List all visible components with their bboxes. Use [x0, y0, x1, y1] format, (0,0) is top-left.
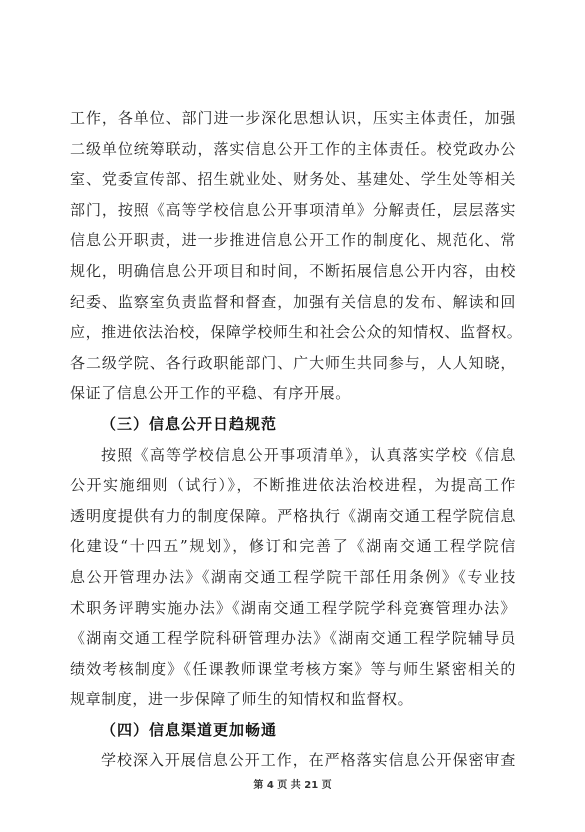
- section-heading-4: （四）信息渠道更加畅通: [70, 715, 516, 746]
- text-line: 应，推进依法治校，保障学校师生和社会公众的知情权、监督权。: [70, 317, 516, 348]
- text-line: 息公开管理办法》《湖南交通工程学院干部任用条例》《专业技: [70, 562, 516, 593]
- paragraph-3: 学校深入开展信息公开工作，在严格落实信息公开保密审查: [70, 745, 516, 776]
- text-line: 术职务评聘实施办法》《湖南交通工程学院学科竞赛管理办法》: [70, 593, 516, 624]
- page-number-footer: 第 4 页 共 21 页: [0, 776, 585, 791]
- text-line: 规化，明确信息公开项目和时间，不断拓展信息公开内容，由校: [70, 256, 516, 287]
- text-line: 《湖南交通工程学院科研管理办法》《湖南交通工程学院辅导员: [70, 623, 516, 654]
- text-line: 绩效考核制度》《任课教师课堂考核方案》等与师生紧密相关的: [70, 654, 516, 685]
- paragraph-1: 工作，各单位、部门进一步深化思想认识，压实主体责任，加强 二级单位统筹联动，落实…: [70, 103, 516, 409]
- text-line: 学校深入开展信息公开工作，在严格落实信息公开保密审查: [70, 745, 516, 776]
- paragraph-2: 按照《高等学校信息公开事项清单》，认真落实学校《信息 公开实施细则（试行）》，不…: [70, 440, 516, 715]
- page-body: 工作，各单位、部门进一步深化思想认识，压实主体责任，加强 二级单位统筹联动，落实…: [70, 103, 516, 776]
- text-line: 二级单位统筹联动，落实信息公开工作的主体责任。校党政办公: [70, 134, 516, 165]
- text-line: 透明度提供有力的制度保障。严格执行《湖南交通工程学院信息: [70, 501, 516, 532]
- section-heading-3: （三）信息公开日趋规范: [70, 409, 516, 440]
- text-line: 化建设“十四五”规划》，修订和完善了《湖南交通工程学院信: [70, 531, 516, 562]
- text-line: 部门，按照《高等学校信息公开事项清单》分解责任，层层落实: [70, 195, 516, 226]
- text-line: 工作，各单位、部门进一步深化思想认识，压实主体责任，加强: [70, 103, 516, 134]
- text-line: 信息公开职责，进一步推进信息公开工作的制度化、规范化、常: [70, 225, 516, 256]
- text-line: 按照《高等学校信息公开事项清单》，认真落实学校《信息: [70, 440, 516, 471]
- document-page: 工作，各单位、部门进一步深化思想认识，压实主体责任，加强 二级单位统筹联动，落实…: [0, 0, 585, 832]
- text-line: 规章制度，进一步保障了师生的知情权和监督权。: [70, 684, 516, 715]
- text-line: 室、党委宣传部、招生就业处、财务处、基建处、学生处等相关: [70, 164, 516, 195]
- text-line: 各二级学院、各行政职能部门、广大师生共同参与，人人知晓，: [70, 348, 516, 379]
- text-line: 纪委、监察室负责监督和督查，加强有关信息的发布、解读和回: [70, 287, 516, 318]
- text-line: 保证了信息公开工作的平稳、有序开展。: [70, 378, 516, 409]
- text-line: 公开实施细则（试行）》，不断推进依法治校进程，为提高工作: [70, 470, 516, 501]
